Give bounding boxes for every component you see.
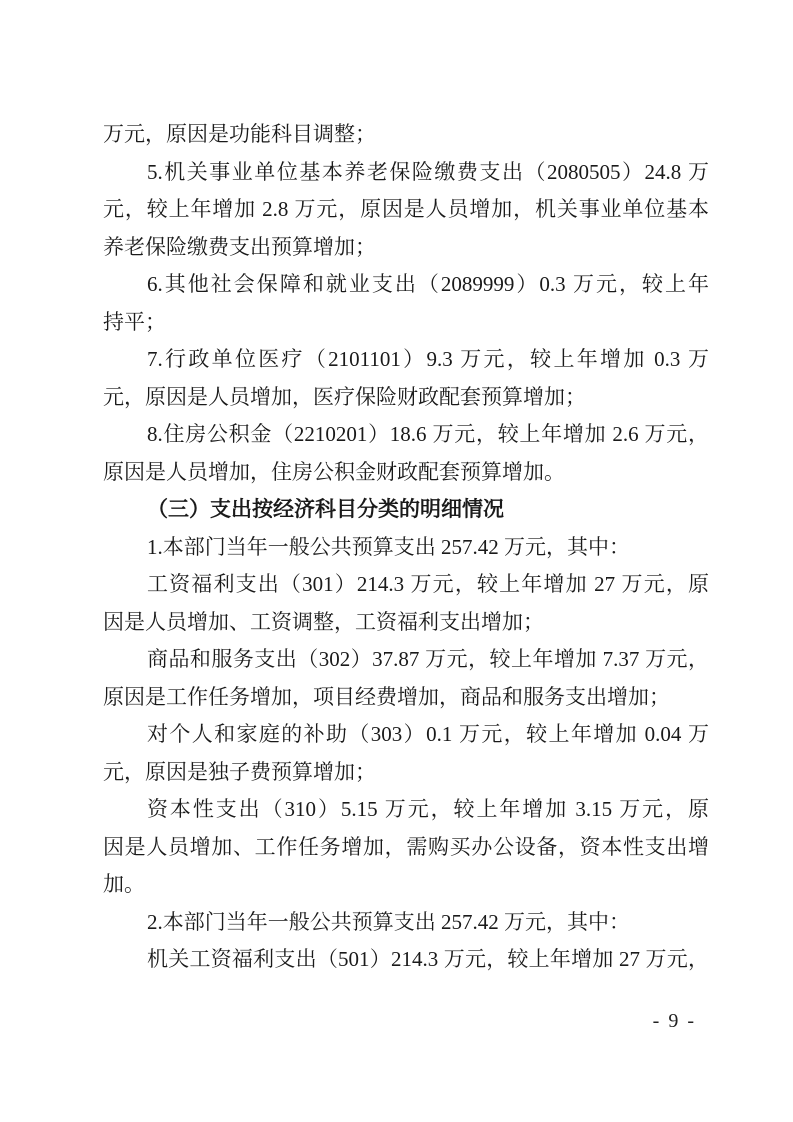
text-line: 元，原因是人员增加，医疗保险财政配套预算增加；: [103, 379, 709, 417]
text-line: 资本性支出（310）5.15 万元，较上年增加 3.15 万元，原: [103, 791, 709, 829]
text-line: 8.住房公积金（2210201）18.6 万元，较上年增加 2.6 万元，: [103, 416, 709, 454]
text-line: 元，较上年增加 2.8 万元，原因是人员增加，机关事业单位基本: [103, 191, 709, 229]
text-line: 对个人和家庭的补助（303）0.1 万元，较上年增加 0.04 万: [103, 716, 709, 754]
text-line: 持平；: [103, 304, 709, 342]
page-number: - 9 -: [653, 1009, 696, 1033]
text-line: 原因是人员增加，住房公积金财政配套预算增加。: [103, 454, 709, 492]
text-line: 养老保险缴费支出预算增加；: [103, 229, 709, 267]
document-body: 万元，原因是功能科目调整； 5.机关事业单位基本养老保险缴费支出（2080505…: [103, 116, 709, 979]
text-line: 因是人员增加、工资调整，工资福利支出增加；: [103, 604, 709, 642]
text-line: 万元，原因是功能科目调整；: [103, 116, 709, 154]
document-page: 万元，原因是功能科目调整； 5.机关事业单位基本养老保险缴费支出（2080505…: [0, 0, 793, 1122]
text-line: 原因是工作任务增加，项目经费增加，商品和服务支出增加；: [103, 679, 709, 717]
text-line: 机关工资福利支出（501）214.3 万元，较上年增加 27 万元，: [103, 941, 709, 979]
text-line: 工资福利支出（301）214.3 万元，较上年增加 27 万元，原: [103, 566, 709, 604]
text-line: 6.其他社会保障和就业支出（2089999）0.3 万元，较上年: [103, 266, 709, 304]
text-line: 因是人员增加、工作任务增加，需购买办公设备，资本性支出增: [103, 829, 709, 867]
text-line: 元，原因是独子费预算增加；: [103, 754, 709, 792]
text-line: 2.本部门当年一般公共预算支出 257.42 万元，其中：: [103, 904, 709, 942]
section-heading: （三）支出按经济科目分类的明细情况: [103, 491, 709, 529]
text-line: 7.行政单位医疗（2101101）9.3 万元，较上年增加 0.3 万: [103, 341, 709, 379]
text-line: 加。: [103, 866, 709, 904]
text-line: 1.本部门当年一般公共预算支出 257.42 万元，其中：: [103, 529, 709, 567]
text-line: 5.机关事业单位基本养老保险缴费支出（2080505）24.8 万: [103, 154, 709, 192]
text-line: 商品和服务支出（302）37.87 万元，较上年增加 7.37 万元，: [103, 641, 709, 679]
